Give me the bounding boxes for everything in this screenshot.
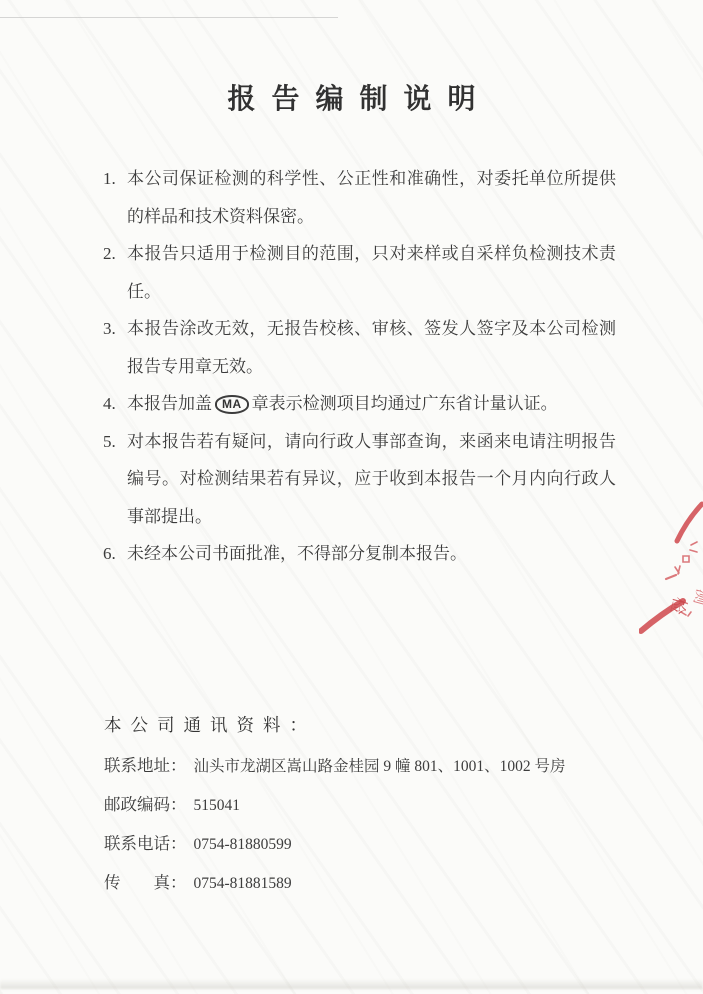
- contact-rows: 联系地址：汕头市龙湖区嵩山路金桂园 9 幢 801、1001、1002 号房邮政…: [104, 755, 624, 895]
- note-text: 本报告只适用于检测目的范围，只对来样或自采样负检测技术责任。: [127, 244, 616, 301]
- note-text: 对本报告若有疑问，请向行政人事部查询，来函来电请注明报告编号。对检测结果若有异议…: [127, 432, 616, 526]
- note-number: 3.: [103, 310, 116, 348]
- page-title: 报告编制说明: [0, 82, 703, 116]
- note-item: 6.未经本公司书面批准，不得部分复制本报告。: [103, 535, 616, 573]
- contact-row: 邮政编码：515041: [104, 794, 624, 817]
- seal-mark-fragment: [666, 575, 676, 579]
- note-item: 3.本报告涂改无效，无报告校核、审核、签发人签字及本公司检测报告专用章无效。: [103, 310, 616, 385]
- note-number: 4.: [103, 385, 116, 423]
- red-seal-stamp: 检 测: [639, 500, 703, 640]
- scan-shadow: [0, 979, 703, 989]
- contact-value: 汕头市龙湖区嵩山路金桂园 9 幢 801、1001、1002 号房: [194, 758, 566, 775]
- contact-row: 传 真：0754-81881589: [104, 872, 624, 895]
- seal-character-clipped: 测: [690, 587, 703, 607]
- note-item: 4.本报告加盖MA章表示检测项目均通过广东省计量认证。: [103, 385, 616, 423]
- notes-list: 1.本公司保证检测的科学性、公正性和准确性，对委托单位所提供的样品和技术资料保密…: [103, 160, 616, 573]
- note-item: 2.本报告只适用于检测目的范围，只对来样或自采样负检测技术责任。: [103, 235, 616, 310]
- contact-value: 515041: [194, 797, 241, 814]
- note-item: 5.对本报告若有疑问，请向行政人事部查询，来函来电请注明报告编号。对检测结果若有…: [103, 423, 616, 536]
- seal-character: 检: [667, 595, 690, 616]
- contact-row: 联系电话：0754-81880599: [104, 833, 624, 856]
- scan-artifact-line: [0, 17, 338, 18]
- note-item: 1.本公司保证检测的科学性、公正性和准确性，对委托单位所提供的样品和技术资料保密…: [103, 160, 616, 235]
- note-text: 未经本公司书面批准，不得部分复制本报告。: [127, 544, 467, 563]
- contact-label: 邮政编码：: [104, 795, 187, 814]
- seal-arc-top: [677, 504, 702, 541]
- contact-value: 0754-81880599: [194, 836, 292, 853]
- contact-row: 联系地址：汕头市龙湖区嵩山路金桂园 9 幢 801、1001、1002 号房: [104, 755, 624, 778]
- contact-label: 传 真：: [104, 873, 187, 892]
- seal-mark-fragment: [683, 556, 689, 562]
- note-number: 6.: [103, 535, 116, 573]
- contact-section: 本公司通讯资料： 联系地址：汕头市龙湖区嵩山路金桂园 9 幢 801、1001、…: [104, 712, 624, 895]
- cma-certification-mark-icon: MA: [215, 395, 249, 414]
- seal-mark-fragment: [675, 566, 680, 574]
- note-text: 章表示检测项目均通过广东省计量认证。: [252, 394, 558, 413]
- note-number: 5.: [103, 423, 116, 461]
- seal-arc-bottom: [641, 601, 683, 631]
- note-number: 1.: [103, 160, 116, 198]
- seal-mark-fragment: [681, 612, 691, 616]
- note-text: 本公司保证检测的科学性、公正性和准确性，对委托单位所提供的样品和技术资料保密。: [127, 169, 616, 226]
- seal-mark-fragment: [690, 542, 697, 552]
- scanned-report-page: 报告编制说明 1.本公司保证检测的科学性、公正性和准确性，对委托单位所提供的样品…: [0, 0, 703, 994]
- note-text: 本报告涂改无效，无报告校核、审核、签发人签字及本公司检测报告专用章无效。: [127, 319, 616, 376]
- note-number: 2.: [103, 235, 116, 273]
- contact-label: 联系电话：: [104, 834, 187, 853]
- note-text: 本报告加盖: [127, 394, 212, 413]
- contact-label: 联系地址：: [104, 756, 187, 775]
- contact-value: 0754-81881589: [194, 875, 292, 892]
- contact-heading: 本公司通讯资料：: [104, 712, 624, 738]
